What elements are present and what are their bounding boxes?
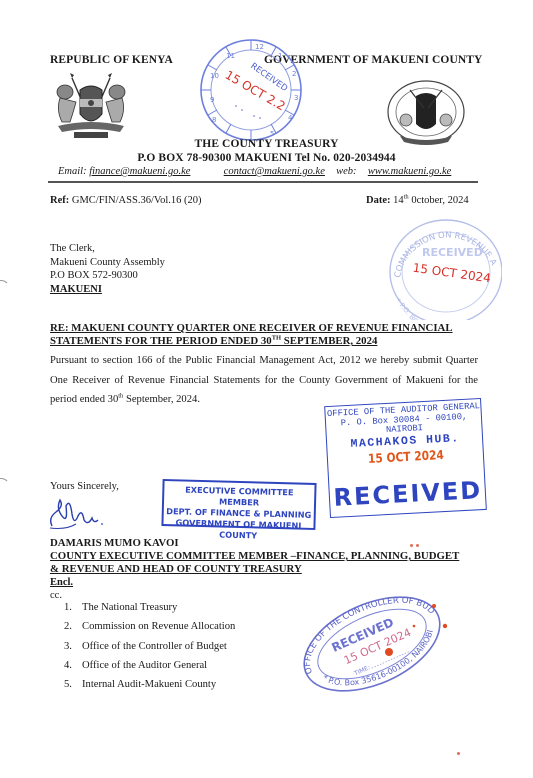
cc-item-text: The National Treasury — [82, 602, 177, 613]
auditor-general-received-stamp: OFFICE OF THE AUDITOR GENERAL P. O. Box … — [324, 398, 488, 518]
svg-text:5: 5 — [270, 130, 274, 138]
reference-line: Ref: GMC/FIN/ASS.36/Vol.16 (20) — [50, 195, 202, 206]
cec-stamp-line-3: GOVERNMENT OF MAKUENI COUNTY — [163, 517, 314, 543]
recipient-line: Makueni County Assembly — [50, 256, 165, 270]
svg-text:4: 4 — [288, 114, 293, 122]
cc-list-item: 5.Internal Audit-Makueni County — [64, 675, 235, 694]
signatory-name: DAMARIS MUMO KAVOI — [50, 537, 179, 549]
signatory-title: COUNTY EXECUTIVE COMMITTEE MEMBER –FINAN… — [50, 550, 459, 576]
svg-text:1: 1 — [278, 52, 282, 60]
svg-text:12: 12 — [255, 43, 264, 51]
cc-item-text: Office of the Auditor General — [82, 660, 207, 671]
cc-item-text: Commission on Revenue Allocation — [82, 621, 235, 632]
punch-hole-mark — [0, 280, 10, 298]
email-label: Email: — [58, 166, 87, 177]
ink-speck — [416, 544, 419, 547]
cc-item-number: 2. — [64, 617, 82, 636]
cc-item-number: 5. — [64, 675, 82, 694]
cc-list: 1.The National Treasury2.Commission on R… — [64, 598, 235, 694]
email-finance-link[interactable]: finance@makueni.go.ke — [89, 166, 190, 177]
cc-list-item: 2.Commission on Revenue Allocation — [64, 617, 235, 636]
date-label: Date — [366, 195, 387, 206]
controller-of-budget-stamp: OFFICE OF THE CONTROLLER OF BUDGET * P.O… — [292, 586, 452, 702]
svg-text:15 OCT 2.2: 15 OCT 2.2 — [223, 68, 288, 114]
office-title: THE COUNTY TREASURY — [0, 138, 533, 150]
recipient-line: The Clerk, — [50, 242, 165, 256]
recipient-line: P.O BOX 572-90300 — [50, 269, 165, 283]
cc-list-item: 3.Office of the Controller of Budget — [64, 637, 235, 656]
enclosure-label: Encl. — [50, 577, 73, 588]
date-day: 14 — [393, 195, 404, 206]
ink-speck — [457, 752, 460, 755]
cc-label: cc. — [50, 590, 62, 601]
cc-item-number: 1. — [64, 598, 82, 617]
cc-item-text: Office of the Controller of Budget — [82, 641, 227, 652]
svg-text:8: 8 — [212, 116, 216, 124]
cra-received-label: RECEIVED — [422, 246, 483, 259]
cra-date: 15 OCT 2024 — [412, 261, 492, 286]
date-line: Date: 14th 0ctober, 2024 — [366, 195, 469, 206]
cc-item-text: Internal Audit-Makueni County — [82, 679, 216, 690]
subject-line-2: STATEMENTS FOR THE PERIOD ENDED 30TH SEP… — [50, 335, 453, 348]
cec-member-stamp: EXECUTIVE COMMITTEE MEMBER DEPT. OF FINA… — [161, 479, 316, 530]
svg-text:9: 9 — [210, 96, 214, 104]
website-link[interactable]: www.makueni.go.ke — [368, 166, 452, 177]
punch-hole-mark — [0, 478, 10, 496]
ref-value: GMC/FIN/ASS.36/Vol.16 (20) — [72, 195, 202, 206]
cc-item-number: 4. — [64, 656, 82, 675]
ink-speck — [410, 544, 413, 547]
date-rest: 0ctober, 2024 — [411, 195, 468, 206]
contact-line: Email: finance@makueni.go.ke contact@mak… — [58, 166, 451, 177]
svg-text:10: 10 — [210, 72, 219, 80]
cra-received-stamp: COMMISSION ON REVENUE ALLOCATION RECEIVE… — [384, 212, 502, 320]
signature-mark — [46, 496, 108, 530]
recipient-address: The Clerk, Makueni County Assembly P.O B… — [50, 242, 165, 296]
office-address: P.O BOX 78-90300 MAKUENI Tel No. 020-203… — [0, 152, 533, 164]
closing-salutation: Yours Sincerely, — [50, 481, 119, 492]
subject-heading: RE: MAKUENI COUNTY QUARTER ONE RECEIVER … — [50, 322, 453, 348]
recipient-town: MAKUENI — [50, 283, 165, 297]
assembly-received-clock-stamp: 1212 345 981011 RECEIVED 15 OCT 2.2 — [196, 36, 306, 144]
cc-item-number: 3. — [64, 637, 82, 656]
kenya-coat-of-arms-icon — [50, 72, 132, 144]
ref-label: Ref: — [50, 195, 69, 206]
cc-list-item: 1.The National Treasury — [64, 598, 235, 617]
svg-text:3: 3 — [294, 94, 298, 102]
letterhead-left-title: REPUBLIC OF KENYA — [50, 54, 173, 66]
email-contact-link[interactable]: contact@makueni.go.ke — [224, 166, 325, 177]
web-label: web: — [336, 166, 356, 177]
svg-text:11: 11 — [226, 52, 235, 60]
cra-ring-bottom: * P.O. BOX — [394, 297, 423, 320]
date-suffix: th — [404, 194, 409, 201]
svg-text:2: 2 — [292, 70, 296, 78]
subject-line-1: RE: MAKUENI COUNTY QUARTER ONE RECEIVER … — [50, 322, 453, 335]
letterhead-divider — [48, 181, 478, 183]
cc-list-item: 4.Office of the Auditor General — [64, 656, 235, 675]
